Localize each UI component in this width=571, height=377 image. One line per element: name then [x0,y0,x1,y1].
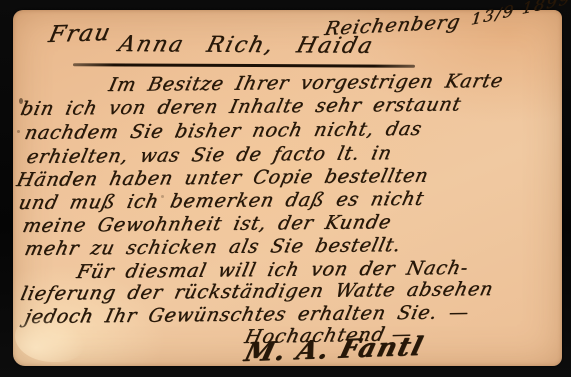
handwriting-line: meine Gewohnheit ist, der Kunde [21,211,394,237]
postcard: Reichenberg 13/9 1899 Frau Anna Rich, Ha… [13,10,562,366]
recipient-name: Anna Rich, Haida [116,32,377,59]
scan-background: Reichenberg 13/9 1899 Frau Anna Rich, Ha… [0,0,571,377]
ink-speck [161,195,164,198]
handwriting-line: Im Besitze Ihrer vorgestrigen Karte [107,70,506,96]
handwriting-line: und muß ich bemerken daß es nicht [17,188,427,214]
paper-wear-patch [15,314,85,362]
dateline-date: 13/9 1899 [470,0,571,29]
ink-speck [17,130,20,133]
signature: M. A. Fantl [241,332,427,368]
ink-speck [19,98,23,104]
handwriting-line: erhielten, was Sie de facto lt. in [25,142,394,168]
handwriting-line: mehr zu schicken als Sie bestellt. [23,234,404,260]
recipient-title: Frau [46,20,114,48]
handwriting-line: nachdem Sie bisher noch nicht, das [23,118,425,144]
handwriting-line: Händen haben unter Copie bestellten [15,165,431,191]
recipient-underline [73,63,415,67]
handwriting-line: bin ich von deren Inhalte sehr erstaunt [19,93,464,120]
